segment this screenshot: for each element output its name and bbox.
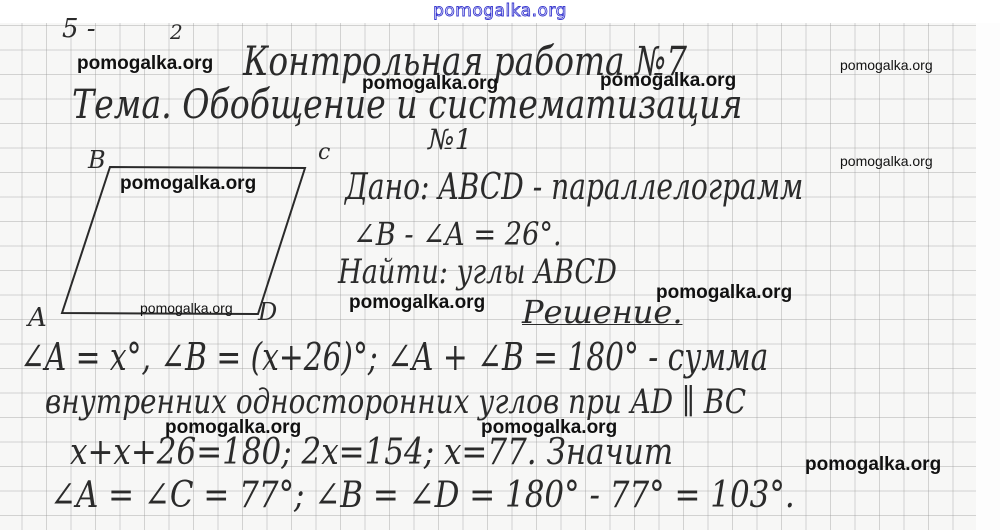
vertex-label-b: B — [88, 148, 106, 172]
given-line-2: ∠B - ∠A = 26°. — [353, 218, 562, 250]
given-line-1: Дано: ABCD - параллелограмм — [345, 170, 803, 206]
top-fragment-mid: 2 — [170, 22, 183, 42]
vertex-label-c: C — [318, 142, 330, 164]
solution-line-2: внутренних односторонних углов при AD ∥ … — [45, 385, 746, 419]
watermark: pomogalka.org — [349, 293, 485, 312]
watermark: pomogalka.org — [165, 418, 301, 437]
solution-line-1: ∠A = x°, ∠B = (x+26)°; ∠A + ∠B = 180° - … — [20, 338, 768, 376]
watermark: pomogalka.org — [840, 58, 933, 72]
watermark: pomogalka.org — [840, 154, 933, 168]
vertex-label-a: A — [28, 305, 47, 331]
watermark: pomogalka.org — [805, 455, 941, 474]
watermark: pomogalka.org — [140, 301, 233, 315]
watermark: pomogalka.org — [481, 418, 617, 437]
watermark: pomogalka.org — [362, 74, 498, 93]
watermark: pomogalka.org — [77, 54, 213, 73]
find-line: Найти: углы ABCD — [338, 255, 617, 289]
problem-number: №1 — [428, 126, 472, 154]
vertex-label-d: D — [258, 300, 277, 324]
top-fragment-left: 5 - — [62, 16, 96, 42]
solution-line-4: ∠A = ∠C = 77°; ∠B = ∠D = 180° - 77° = 10… — [50, 478, 795, 514]
watermark: pomogalka.org — [600, 71, 736, 90]
watermark: pomogalka.org — [120, 174, 256, 193]
watermark: pomogalka.org — [656, 283, 792, 302]
solution-line-3: x+x+26=180; 2x=154; x=77. Значит — [70, 435, 673, 471]
